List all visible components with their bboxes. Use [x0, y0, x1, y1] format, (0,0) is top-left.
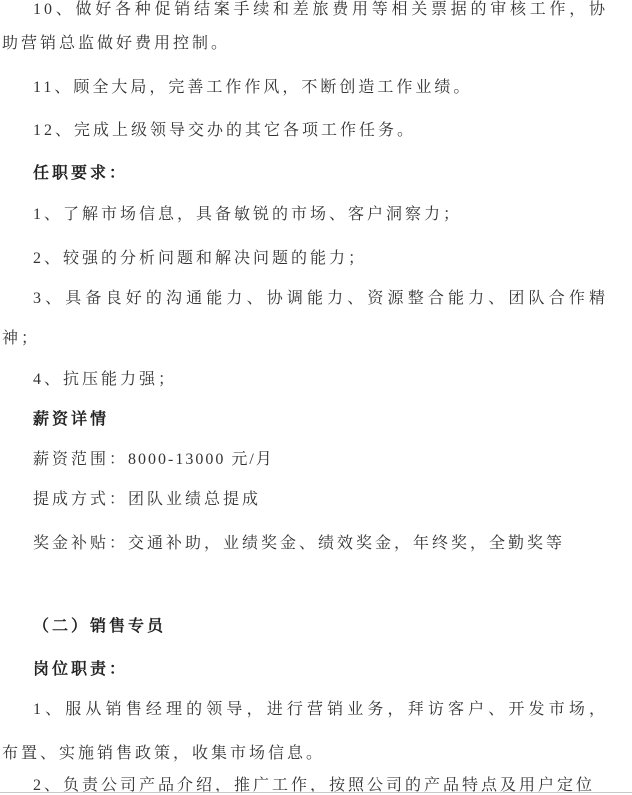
requirement-3-line-2: 神；: [2, 329, 608, 349]
duty-10-line-2: 助营销总监做好费用控制。: [2, 34, 608, 54]
salary-range-label: 薪资范围：: [33, 451, 128, 468]
duty-10-line-1: 10、做好各种促销结案手续和差旅费用等相关票据的审核工作，协: [2, 0, 608, 20]
sales-duty-1-line-1: 1、服从销售经理的领导，进行营销业务，拜访客户、开发市场，: [2, 700, 608, 720]
commission-method: 提成方式：团队业绩总提成: [2, 490, 608, 510]
sales-duty-1-line-2: 布置、实施销售政策，收集市场信息。: [2, 744, 608, 764]
heading-salary-details: 薪资详情: [2, 410, 608, 430]
heading-job-requirements: 任职要求：: [2, 164, 608, 184]
heading-section-2-sales-specialist: （二）销售专员: [2, 617, 608, 637]
salary-range-value: 8000-13000 元/月: [128, 451, 274, 468]
requirement-1: 1、了解市场信息，具备敏锐的市场、客户洞察力；: [2, 205, 608, 225]
document-page: 10、做好各种促销结案手续和差旅费用等相关票据的审核工作，协 助营销总监做好费用…: [0, 0, 632, 795]
duty-12: 12、完成上级领导交办的其它各项工作任务。: [2, 121, 608, 141]
requirement-3-line-1: 3、具备良好的沟通能力、协调能力、资源整合能力、团队合作精: [2, 289, 608, 309]
duty-11: 11、顾全大局，完善工作作风，不断创造工作业绩。: [2, 78, 608, 98]
requirement-2: 2、较强的分析问题和解决问题的能力；: [2, 249, 608, 269]
bonus-allowance: 奖金补贴：交通补助，业绩奖金、绩效奖金，年终奖，全勤奖等: [2, 534, 608, 554]
requirement-4: 4、抗压能力强；: [2, 370, 608, 390]
salary-range: 薪资范围：8000-13000 元/月: [2, 450, 608, 470]
heading-job-duties: 岗位职责：: [2, 660, 608, 680]
